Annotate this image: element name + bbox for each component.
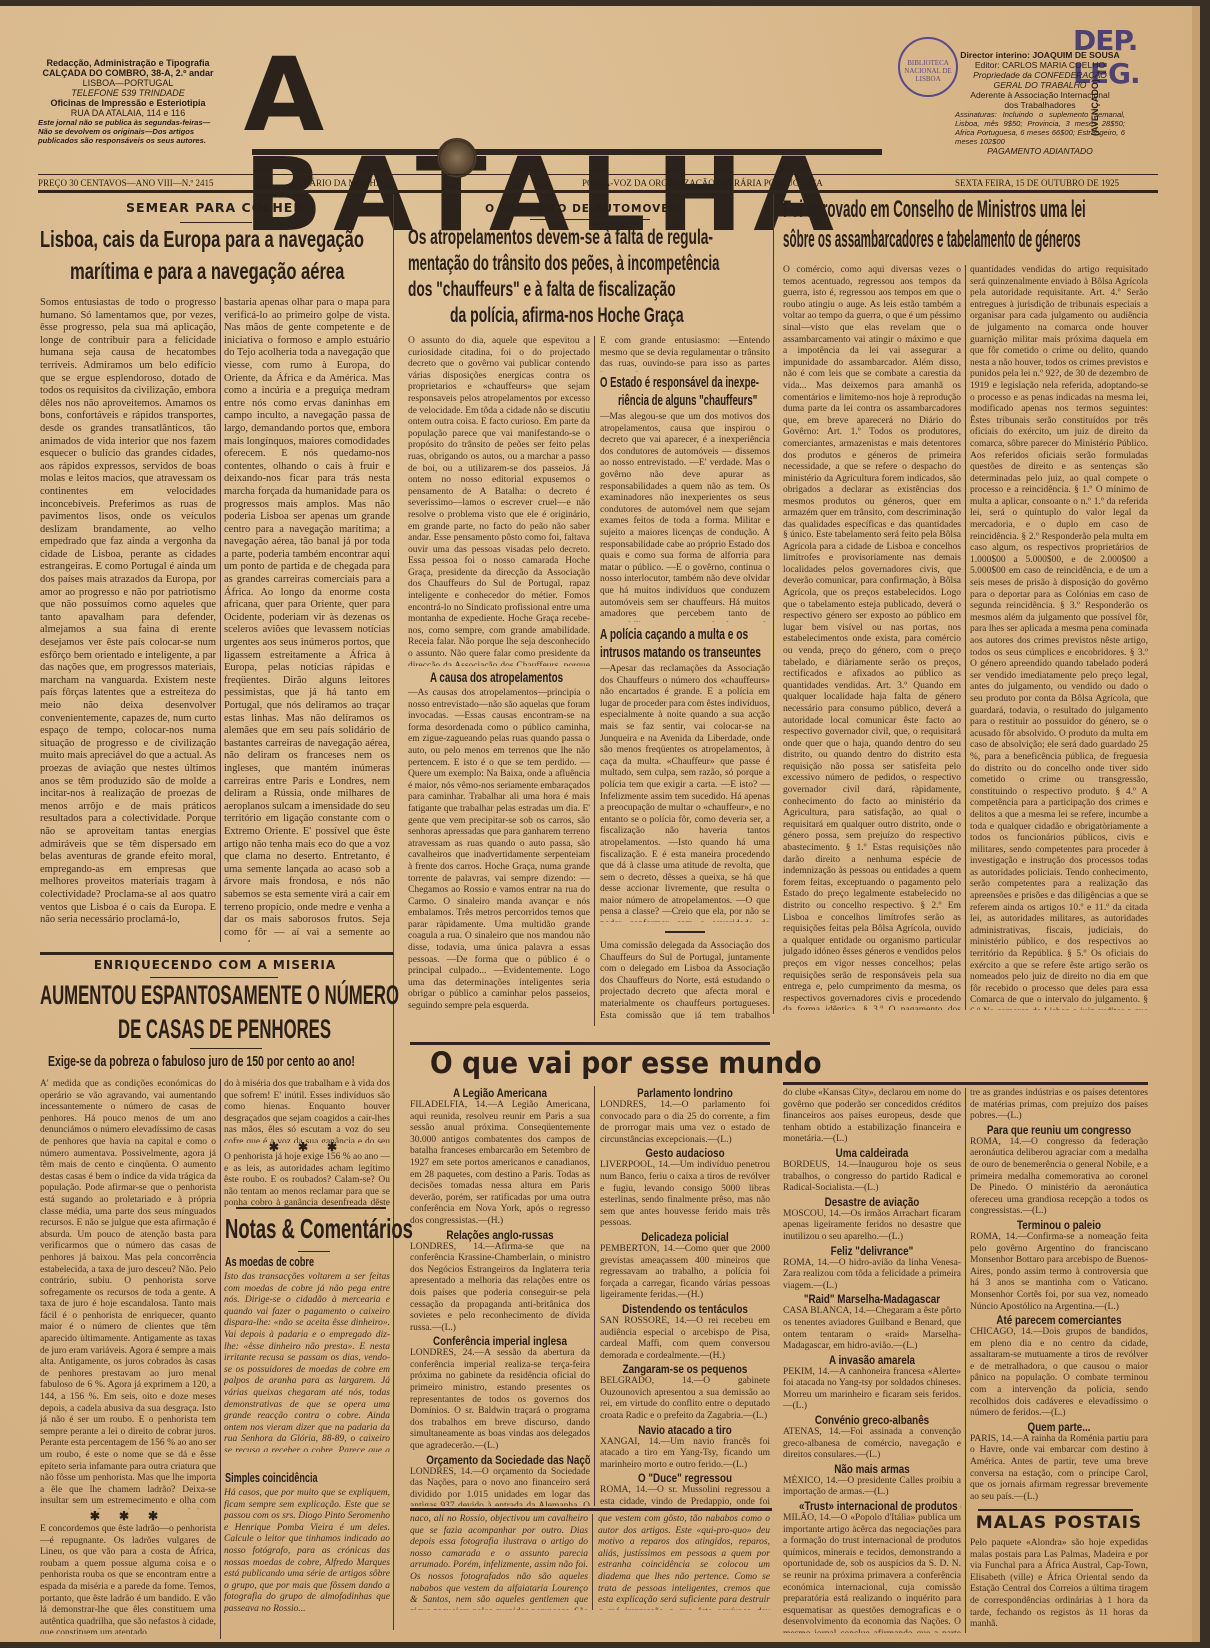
newspaper-title: A BATALHA bbox=[244, 46, 897, 146]
notas-coins-text: Isto das transacções voltarem a ser feit… bbox=[224, 1272, 390, 1452]
news-body: LONDRES, 14.—Afirma-se que na conferênci… bbox=[410, 1242, 590, 1335]
column-divider bbox=[594, 336, 595, 1026]
news-headline: Conferência imperial inglesa bbox=[426, 1334, 574, 1348]
penhores-column-1: A' medida que as condições económicas do… bbox=[40, 1079, 216, 1509]
lei-column-1: O comércio, como aqui diversas vezes o t… bbox=[783, 265, 961, 530]
penhores-headline-1: AUMENTOU ESPANTOSAMENTE O NÚMERO bbox=[40, 980, 399, 1011]
masthead-workshop-address: RUA DA ATALAIA, 114 e 116 bbox=[38, 108, 218, 118]
notas-subhead-coins: As moedas de cobre bbox=[225, 1254, 314, 1269]
notas-subhead-coincidence: Simples coincidência bbox=[225, 1470, 318, 1485]
news-headline: "Raid" Marselha-Madagascar bbox=[799, 1292, 945, 1306]
transito-headline-1: Os atropelamentos devem-se à falta de re… bbox=[408, 226, 713, 250]
newspaper-page: Redacção, Administração e Tipografia CAL… bbox=[0, 6, 1200, 1642]
transito-column-1b: —As causas dos atropelamentos—principia … bbox=[408, 688, 590, 1018]
news-body: SAN ROSSORE, 14.—O rei recebeu em audiên… bbox=[600, 1316, 770, 1362]
column-divider bbox=[594, 1086, 595, 1506]
transito-subhead-causes: A causa dos atropelamentos bbox=[430, 669, 563, 685]
library-stamp-icon: BIBLIOTECA NACIONAL DE LISBOA bbox=[898, 37, 958, 97]
transito-subhead-state-2: riência de alguns "chauffeurs" bbox=[618, 392, 757, 409]
news-body: PEKIM, 14.—A canhoneira francesa «Alerte… bbox=[783, 1367, 961, 1413]
news-body: ROMA, 14.—Confirma-se a nomeação feita p… bbox=[970, 1232, 1148, 1313]
lei-headline-2: sôbre os assambarcadores e tabelamento d… bbox=[783, 226, 1081, 254]
transito-headline-3: dos "chauffeurs" e à falta de fiscalizaç… bbox=[408, 278, 676, 302]
issue-date: SEXTA FEIRA, 15 DE OUTUBRO DE 1925 bbox=[955, 178, 1119, 188]
news-body: do clube «Kansas City», declarou em nome… bbox=[783, 1088, 961, 1146]
news-body: MOSCOU, 14.—Os irmãos Arrachart ficaram … bbox=[783, 1209, 961, 1244]
penhores-column-2b: O penhorista já hoje exige 156 % ao ano … bbox=[224, 1152, 390, 1208]
lisboa-headline-1: Lisboa, cais da Europa para a navegação bbox=[40, 226, 364, 253]
news-headline: Desastre de aviação bbox=[799, 1195, 945, 1209]
section-rule bbox=[783, 1082, 1148, 1085]
section-rule bbox=[410, 1508, 772, 1511]
transito-subhead-police-1: A polícia caçando a multa e os bbox=[600, 626, 748, 643]
news-body: LONDRES, 14.—O parlamento foi convocado … bbox=[600, 1100, 770, 1146]
masthead-underline bbox=[252, 149, 882, 155]
news-body: ROMA, 14.—O sr. Mussolini regressou a es… bbox=[600, 1485, 770, 1506]
lisboa-kicker: SEMEAR PARA COLHER bbox=[40, 200, 390, 215]
payment-line: PAGAMENTO ADIANTADO bbox=[955, 146, 1125, 156]
title-underline bbox=[298, 1251, 330, 1252]
lisboa-headline-2: marítima e para a navegação aérea bbox=[70, 258, 344, 285]
lisboa-column-2: bastaria apenas olhar para o mapa para v… bbox=[224, 297, 390, 942]
masthead-address-heading: Redacção, Administração e Tipografia bbox=[38, 58, 218, 68]
transito-subhead-police-2: intrusos matando os transeuntes bbox=[600, 644, 761, 661]
transito-headline-4: da polícia, afirma-nos Hoche Graça bbox=[450, 304, 684, 328]
news-headline: Gesto audacioso bbox=[615, 1146, 754, 1160]
malas-postais-body: Pelo paquete «Alondra» são hoje expedida… bbox=[970, 1538, 1148, 1638]
news-body: LONDRES, 24.—A sessão da abertura da con… bbox=[410, 1348, 590, 1452]
lisboa-column-1: Somos entusiastas de todo o progresso hu… bbox=[40, 297, 216, 942]
news-headline: Não mais armas bbox=[799, 1462, 945, 1476]
transito-headline-2: mentação do trânsito dos peões, à incomp… bbox=[408, 252, 719, 276]
mundo-title: O que vai por esse mundo bbox=[430, 1046, 822, 1080]
asterism-icon: ✱ ✱ ✱ bbox=[40, 1509, 216, 1524]
news-body: CHICAGO, 14.—Dois grupos de bandidos, em… bbox=[970, 1327, 1148, 1420]
malas-postais-title: MALAS POSTAIS bbox=[970, 1513, 1148, 1533]
column-divider bbox=[965, 265, 966, 1010]
transito-column-2b: —Mas alegou-se que um dos motivos dos at… bbox=[600, 412, 770, 622]
transito-subhead-state-1: O Estado é responsável da inexpe- bbox=[600, 374, 759, 391]
news-headline: Uma caldeirada bbox=[799, 1146, 945, 1160]
masthead-top-rule bbox=[38, 174, 1158, 175]
mundo-column-1: A Legião Americana FILADELFIA, 14.—A Leg… bbox=[410, 1086, 590, 1506]
column-divider bbox=[965, 1088, 966, 1633]
news-body: ROMA, 14.—O hidro-avião da linha Venesa-… bbox=[783, 1258, 961, 1293]
masthead-bottom-rule bbox=[38, 190, 1158, 193]
news-headline: Relações anglo-russas bbox=[426, 1228, 574, 1242]
news-headline: Até parecem comerciantes bbox=[986, 1313, 1132, 1327]
transito-column-1: O assunto do dia, aquele que espevitou a… bbox=[408, 336, 590, 666]
penhores-column-1-end: E concordemos que êste ladrão—o penhoris… bbox=[40, 1524, 216, 1634]
column-divider bbox=[220, 1079, 221, 1639]
news-headline: Terminou o paleio bbox=[986, 1218, 1132, 1232]
news-headline: Distendendo os tentáculos bbox=[615, 1302, 754, 1316]
news-headline: O "Duce" regressou bbox=[615, 1471, 754, 1485]
news-body: BELGRADO, 14.—O gabinete Ouzounovich apr… bbox=[600, 1376, 770, 1422]
transito-column-2d: Uma comissão delegada da Associação dos … bbox=[600, 941, 770, 1019]
lei-column-1b: § único. Este tabelamento será feito pel… bbox=[783, 530, 961, 1010]
section-separator bbox=[665, 931, 705, 933]
library-stamp-text: BIBLIOTECA NACIONAL DE LISBOA bbox=[900, 39, 956, 83]
column-divider bbox=[220, 297, 221, 942]
column-divider bbox=[773, 194, 774, 1014]
masthead-seal-icon bbox=[437, 138, 477, 178]
news-headline: A invasão amarela bbox=[799, 1353, 945, 1367]
editor-line: Editor: CARLOS MARIA COELHO bbox=[955, 60, 1125, 70]
news-body: tre as grandes indústrias e os países de… bbox=[970, 1088, 1148, 1123]
kicker-underline bbox=[180, 222, 252, 223]
headline-underline bbox=[190, 1048, 262, 1049]
masthead-left-box: Redacção, Administração e Tipografia CAL… bbox=[38, 58, 218, 170]
director-line: Director interino: JOAQUIM DE SOUSA bbox=[955, 50, 1125, 60]
news-body: MÉXICO, 14.—O presidente Calles proibiu … bbox=[783, 1476, 961, 1499]
transito-column-2c: —Apesar das reclamações da Associação do… bbox=[600, 664, 770, 922]
news-body: MILÃO, 14.—O «Popolo d'Itália» publica u… bbox=[783, 1513, 961, 1633]
news-body: LONDRES, 14.—O orçamento da Sociedade da… bbox=[410, 1467, 590, 1506]
kicker-underline bbox=[150, 977, 278, 978]
notas-title: Notas & Comentários bbox=[225, 1213, 413, 1245]
masthead-notice: Este jornal não se publica às segundas-f… bbox=[38, 118, 218, 145]
mundo-column-3: do clube «Kansas City», declarou em nome… bbox=[783, 1088, 961, 1633]
news-body: FILADELFIA, 14.—A Legião Americana, aqui… bbox=[410, 1100, 590, 1228]
notas-coincidence-text-3: que vestem com gôsto, tão nababos como o… bbox=[598, 1514, 770, 1610]
penhores-kicker: ENRIQUECENDO COM A MISERIA bbox=[40, 958, 390, 972]
notas-coincidence-text: Há casos, que por muito que se expliquem… bbox=[224, 1488, 390, 1634]
lei-column-2: quantidades vendidas do artigo requisita… bbox=[970, 265, 1148, 1010]
transito-column-2: E com grande entusiasmo: —Entendo mesmo … bbox=[600, 336, 770, 372]
news-body: ATENAS, 14.—Foi assinada a convenção gre… bbox=[783, 1427, 961, 1462]
masthead-phone: TELEFONE 539 TRINDADE bbox=[38, 88, 218, 98]
section-rule bbox=[410, 1042, 770, 1045]
news-headline: Delicadeza policial bbox=[615, 1230, 754, 1244]
avencado-label: (AVENÇADO) bbox=[1090, 79, 1100, 136]
lei-headline-1: Foi aprovado em Conselho de Ministros um… bbox=[783, 196, 1086, 224]
section-rule bbox=[978, 1509, 1133, 1511]
news-body: PEMBERTON, 14.—Como quer que 2000 grevis… bbox=[600, 1244, 770, 1302]
masthead-city: LISBOA—PORTUGAL bbox=[38, 78, 218, 88]
news-headline: Feliz "delivrance" bbox=[799, 1244, 945, 1258]
news-body: CASA BLANCA, 14.—Chegaram a êste pôrto o… bbox=[783, 1306, 961, 1352]
news-headline: Quem parte... bbox=[986, 1420, 1132, 1434]
penhores-column-2: do à miséria dos que trabalham e à vida … bbox=[224, 1079, 390, 1143]
news-body: XANGAI, 14.—Um navio francês foi atacado… bbox=[600, 1437, 770, 1472]
masthead-address: CALÇADA DO COMBRO, 38-A, 2.º andar bbox=[38, 68, 218, 78]
news-headline: Navio atacado a tiro bbox=[615, 1423, 754, 1437]
section-rule bbox=[236, 1207, 386, 1209]
column-divider bbox=[393, 194, 394, 1630]
motto-label: PORTA-VOZ DA ORGANIZAÇÃO OPERÁRIA PORTUG… bbox=[582, 178, 823, 188]
news-headline: Orçamento da Sociedade das Nações bbox=[426, 1453, 574, 1467]
news-headline: «Trust» internacional de produtos químic… bbox=[799, 1499, 945, 1513]
masthead-workshop: Oficinas de Impressão e Esteriotipia bbox=[38, 98, 218, 108]
news-body: PARIS, 14.—A rainha da Roménia partiu pa… bbox=[970, 1434, 1148, 1504]
transito-kicker: O TRANSITO DE AUTOMOVEIS bbox=[398, 203, 770, 215]
notas-coincidence-text-2: naco, ali no Rossio, objectivou um caval… bbox=[410, 1514, 588, 1610]
mundo-column-4: tre as grandes indústrias e os países de… bbox=[970, 1088, 1148, 1508]
news-body: ROMA, 14.—O congresso da federação aeron… bbox=[970, 1137, 1148, 1218]
price-line: PREÇO 30 CENTAVOS—ANO VIII—N.º 2415 bbox=[38, 178, 214, 188]
mundo-column-2: Parlamento londrino LONDRES, 14.—O parla… bbox=[600, 1086, 770, 1506]
news-headline: Zangaram-se os pequenos bbox=[615, 1362, 754, 1376]
news-body: LIVERPOOL, 14.—Um indivíduo penetrou num… bbox=[600, 1160, 770, 1230]
column-divider bbox=[592, 1514, 593, 1610]
daily-label: DIÁRIO DA MANHÃ bbox=[300, 178, 383, 188]
kicker-underline bbox=[530, 219, 650, 220]
news-headline: Convénio greco-albanês bbox=[799, 1413, 945, 1427]
section-rule bbox=[40, 952, 393, 955]
news-headline: A Legião Americana bbox=[426, 1086, 574, 1100]
news-body: BORDEUS, 14.—Inaugurou hoje os seus trab… bbox=[783, 1160, 961, 1195]
penhores-headline-2: DE CASAS DE PENHORES bbox=[118, 1014, 331, 1045]
news-headline: Parlamento londrino bbox=[615, 1086, 754, 1100]
penhores-subhead: Exige-se da pobreza o fabuloso juro de 1… bbox=[48, 1053, 355, 1070]
news-headline: Para que reuniu um congresso bbox=[986, 1123, 1132, 1137]
